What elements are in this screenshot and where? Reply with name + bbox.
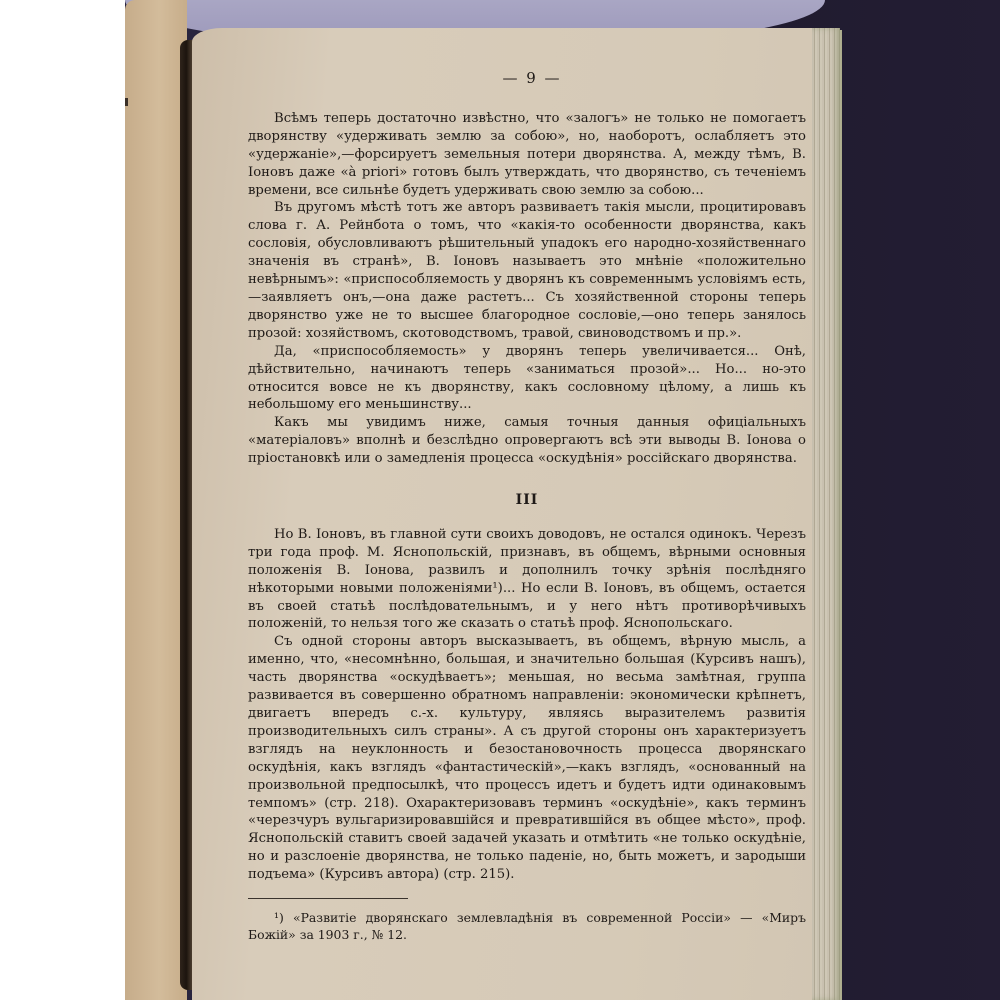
footnote-divider xyxy=(248,898,408,899)
paragraph: Въ другомъ мѣстѣ тотъ же авторъ развивае… xyxy=(248,199,806,342)
footnote: ¹) «Развитіе дворянскаго землевладѣнія в… xyxy=(248,909,806,943)
page-text: — 9 — Всѣмъ теперь достаточно извѣстно, … xyxy=(248,70,806,943)
paragraph: Да, «приспособляемость» у дворянъ теперь… xyxy=(248,343,806,415)
left-page-mark xyxy=(125,98,128,106)
paragraph: Съ одной стороны авторъ высказываетъ, въ… xyxy=(248,633,806,884)
section-heading: III xyxy=(248,492,806,510)
paragraph: Всѣмъ теперь достаточно извѣстно, что «з… xyxy=(248,110,806,200)
footnote-text: «Развитіе дворянскаго землевладѣнія въ с… xyxy=(248,910,806,942)
left-page-edge xyxy=(125,0,187,1000)
page-number: — 9 — xyxy=(248,70,806,88)
paragraph: Какъ мы увидимъ ниже, самыя точныя данны… xyxy=(248,414,806,468)
footnote-marker: ¹) xyxy=(274,910,284,925)
page-stack-edges xyxy=(812,28,840,1000)
paragraph: Но В. Іоновъ, въ главной сути своихъ дов… xyxy=(248,526,806,633)
